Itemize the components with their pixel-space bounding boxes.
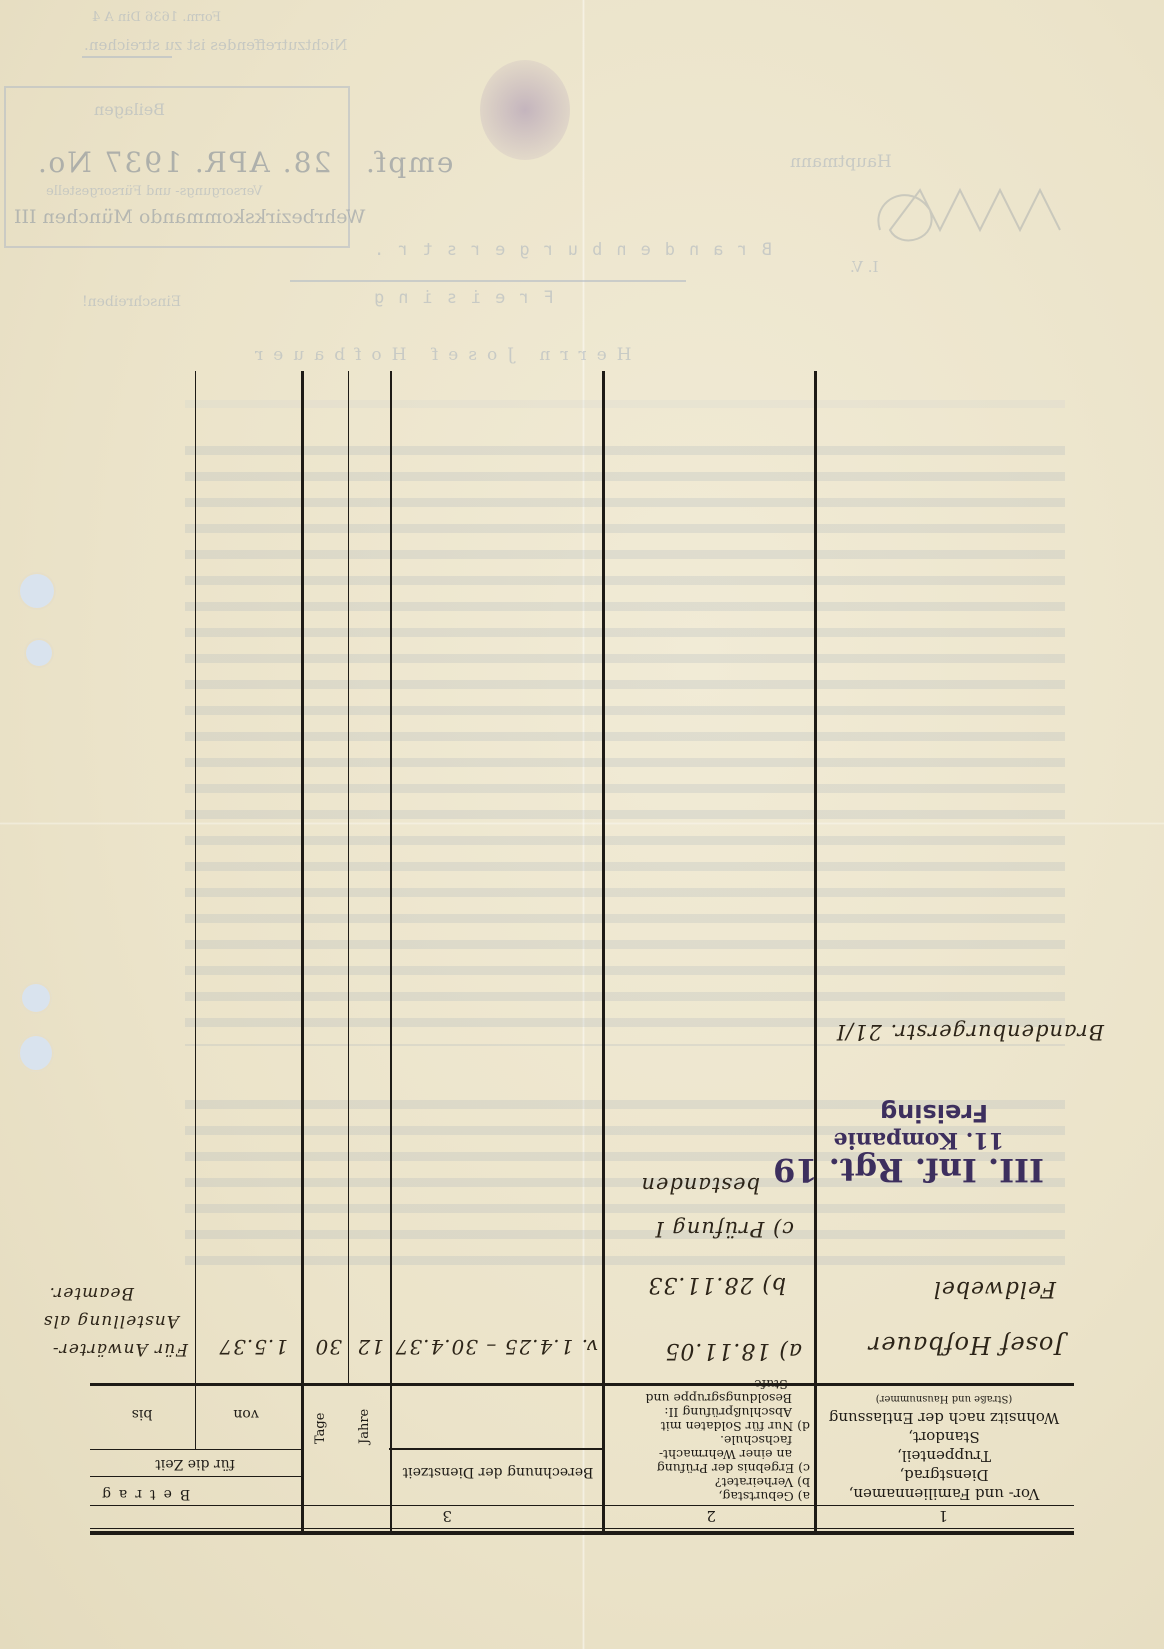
person-address: Brandenburgerstr. 21/I <box>836 1020 1104 1044</box>
time-period-bis: bis <box>92 1404 192 1423</box>
calc-subheader-rule <box>389 1448 604 1450</box>
document-front-rotated: 1 2 3 Vor- und Familiennamen, Dienstgrad… <box>0 0 1164 1649</box>
table-top-rule-thin <box>90 1528 1074 1529</box>
column-number-1: 1 <box>938 1506 948 1525</box>
column-divider-1-2 <box>814 371 817 1531</box>
service-days: 30 <box>315 1335 342 1359</box>
unit-stamp: III. Inf. Rgt. 19 11. Kompanie Freising <box>773 1099 1044 1187</box>
person-name: Josef Hofbauer <box>868 1331 1064 1359</box>
marriage-date: b) 28.11.33 <box>647 1272 786 1297</box>
column-divider-von-bis <box>195 371 196 1449</box>
person-rank: Feldwebel <box>933 1276 1056 1301</box>
time-period-header: für die Zeit <box>92 1454 298 1473</box>
betrag-header: Betrag <box>94 1484 294 1503</box>
column-divider-jahre-tage <box>348 371 349 1384</box>
stamp-smudge <box>480 60 570 160</box>
header-bottom-rule <box>90 1383 1074 1386</box>
column-divider-3-time <box>390 371 392 1531</box>
column-3-jahre: Jahre <box>355 1409 374 1444</box>
service-calculation: v. 1.4.25 – 30.4.37 <box>395 1335 598 1359</box>
column-number-rule <box>90 1505 1074 1506</box>
remark-line-1: Für Anwärter- <box>52 1339 188 1359</box>
period-from: 1.5.37 <box>218 1335 288 1359</box>
column-divider-tage-von <box>301 371 304 1531</box>
remark-line-3: Beamter. <box>49 1283 134 1303</box>
exam-name: c) Prüfung I <box>654 1217 794 1241</box>
table-top-rule <box>90 1531 1074 1535</box>
birth-date: a) 18.11.05 <box>664 1338 802 1363</box>
column-3-header: Berechnung der Dienstzeit <box>398 1462 598 1481</box>
column-divider-2-3 <box>602 371 605 1531</box>
service-years: 12 <box>357 1335 384 1359</box>
column-number-2: 2 <box>706 1506 716 1525</box>
exam-result: bestanden <box>640 1173 760 1197</box>
betrag-rule <box>90 1476 302 1477</box>
column-3-tage: Tage <box>311 1413 330 1444</box>
column-number-3: 3 <box>442 1506 452 1525</box>
column-1-header: Vor- und Familiennamen, Dienstgrad, Trup… <box>824 1389 1064 1503</box>
time-subheader-rule <box>90 1449 302 1450</box>
time-period-von: von <box>198 1404 294 1423</box>
remark-line-2: Anstellung als <box>43 1311 179 1331</box>
column-2-header: a) Geburtstag, b) Verheiratet? c) Ergebn… <box>610 1377 810 1503</box>
scanned-document-page: Form. 1636 Din A 4 Nichtzutreffendes ist… <box>0 0 1164 1649</box>
